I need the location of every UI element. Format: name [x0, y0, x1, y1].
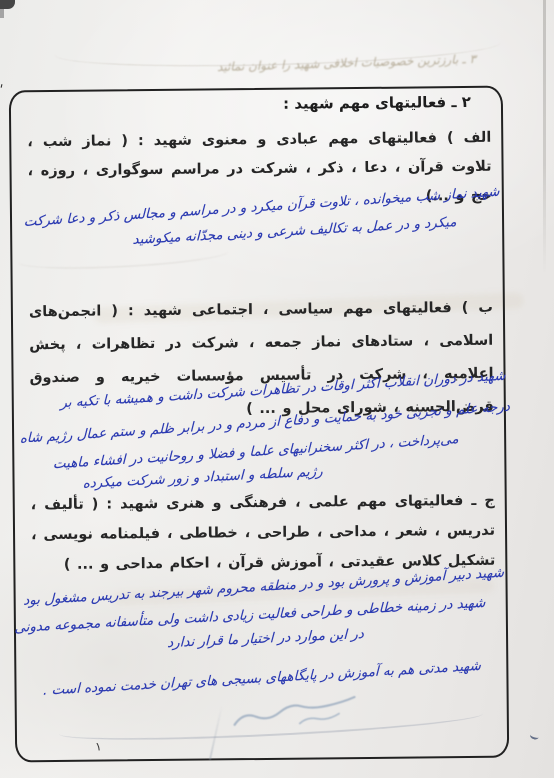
section-title: ۲ ـ فعالیتهای مهم شهید :	[283, 93, 471, 113]
footnote-number-mark: ۱	[94, 739, 102, 754]
pen-tick-mark	[529, 731, 540, 740]
pen-tick-mark: '	[0, 82, 4, 97]
scan-corner-artifact	[0, 0, 15, 9]
handwritten-answer-line: در این موارد در اختیار ما قرار ندارد	[167, 626, 364, 651]
scanned-document-page: ۳ ـ بارزترین خصوصیات اخلاقی شهید را عنوا…	[0, 0, 554, 778]
form-section-box: ' ۲ ـ فعالیتهای مهم شهید : الف ) فعالیته…	[9, 86, 509, 763]
page-edge-shadow	[543, 0, 546, 275]
handwritten-answer-line: شهید مدتی هم به آموزش در پایگاههای بسیجی…	[42, 658, 480, 699]
scan-corner-artifact	[0, 9, 4, 18]
printed-question-c: ج ـ فعالیتهای مهم علمی ، فرهنگی و هنری ش…	[31, 486, 496, 580]
